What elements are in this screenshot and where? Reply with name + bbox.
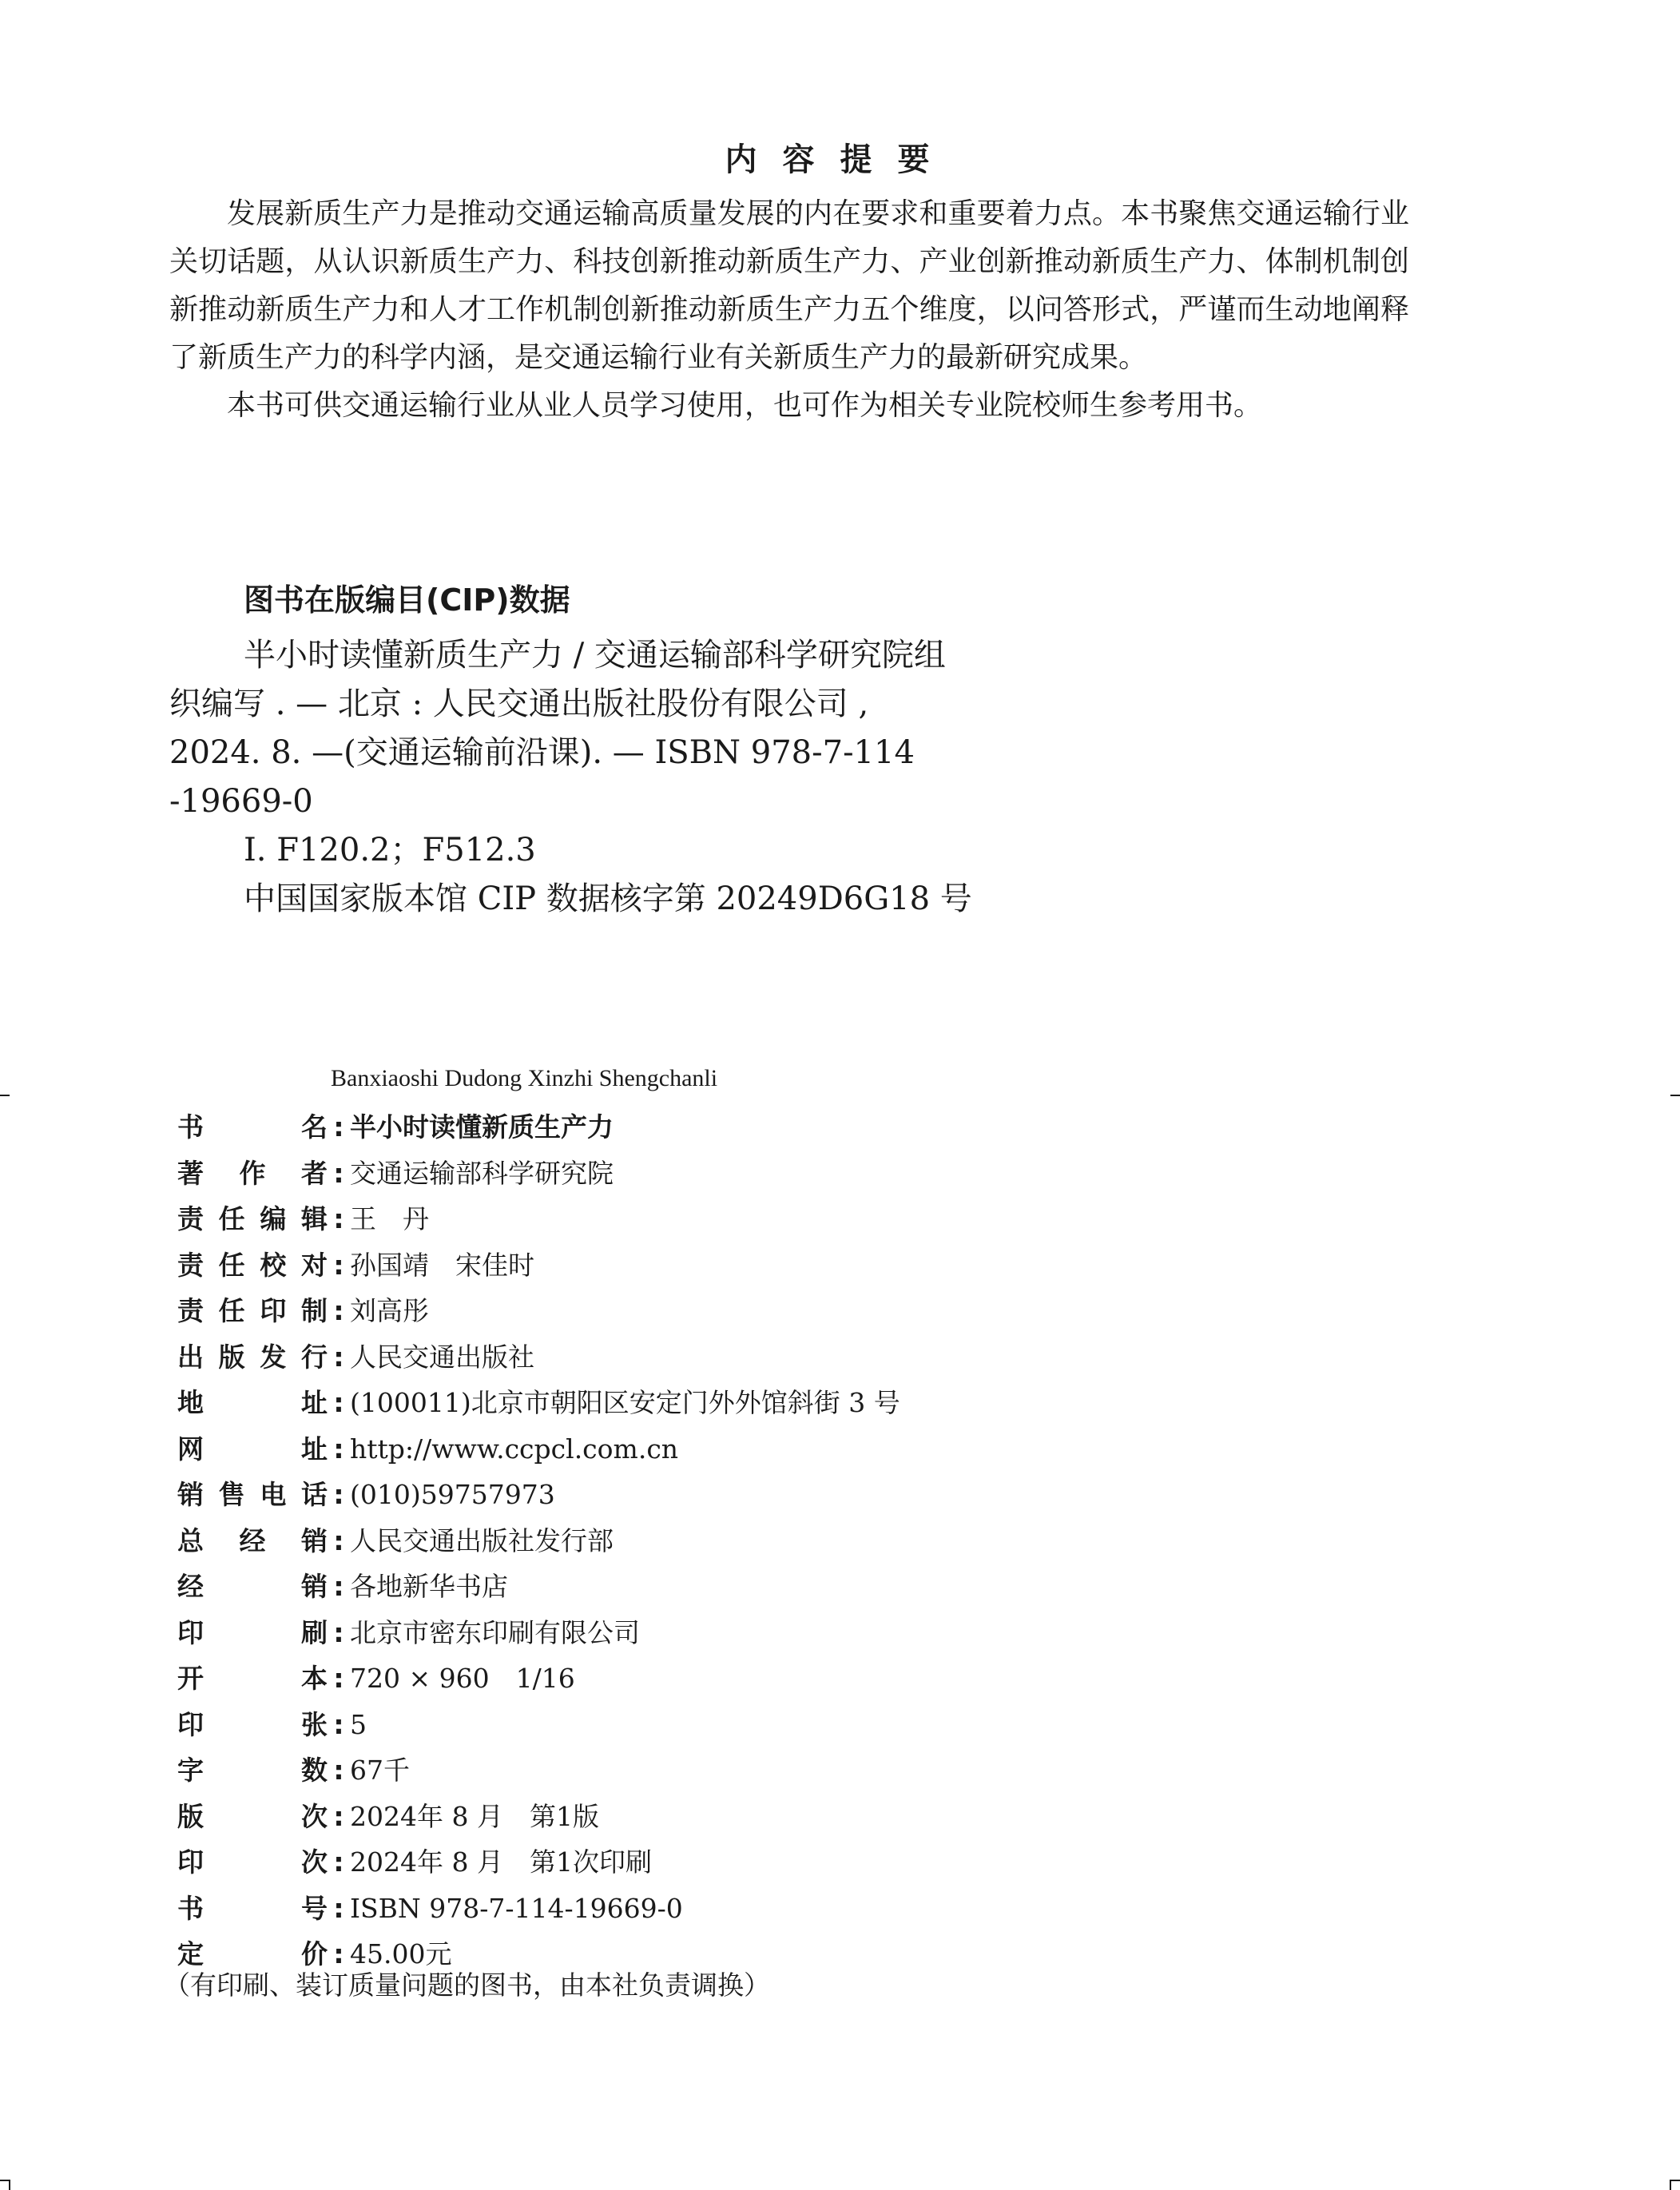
colophon-label-char: 作 [240,1151,266,1197]
colophon-label: 著作者 [177,1151,328,1197]
colophon-label-char: 总 [177,1518,204,1564]
cip-line: 半小时读懂新质生产力 / 交通运输部科学研究院组 [169,631,1048,680]
colophon-label-char: 销 [177,1472,204,1518]
colophon-value: 孙国靖 宋佳时 [350,1242,534,1289]
colophon-colon: : [328,1886,350,1932]
colophon-value: 人民交通出版社 [350,1334,534,1381]
colophon-label-char: 话 [301,1472,328,1518]
colophon-label-char: 著 [177,1151,204,1197]
colophon-label: 责任校对 [177,1242,328,1289]
colophon-label-char: 次 [301,1839,328,1886]
quality-note: （有印刷、装订质量问题的图书，由本社负责调换） [164,1962,770,2008]
colophon-row: 版次:2024年 8 月 第1版 [177,1794,900,1840]
colophon-label-char: 出 [177,1334,204,1381]
colophon-label-char: 经 [240,1518,266,1564]
colophon-label-char: 印 [260,1288,286,1334]
colophon-label-char: 开 [177,1655,204,1702]
colophon-label: 开本 [177,1655,328,1702]
colophon-label-char: 印 [177,1702,204,1748]
colophon-label: 网址 [177,1426,328,1473]
colophon-value: 67千 [350,1747,410,1794]
cip-classification: Ⅰ. F120.2；F512.3 [169,826,1048,875]
colophon-label-char: 辑 [301,1196,328,1242]
crop-mark-bottom-left-v [9,2180,10,2190]
colophon-label: 责任印制 [177,1288,328,1334]
colophon-row: 著作者:交通运输部科学研究院 [177,1151,900,1197]
colophon-table: 书名:半小时读懂新质生产力著作者:交通运输部科学研究院责任编辑:王 丹责任校对:… [177,1104,900,1977]
colophon-row: 地址:(100011)北京市朝阳区安定门外外馆斜街 3 号 [177,1380,900,1426]
colophon-row: 印次:2024年 8 月 第1次印刷 [177,1839,900,1886]
colophon-value: 半小时读懂新质生产力 [350,1104,614,1151]
cip-line: -19669-0 [169,777,1048,826]
colophon-label-char: 电 [260,1472,286,1518]
colophon-label: 销售电话 [177,1472,328,1518]
colophon-label: 字数 [177,1747,328,1794]
colophon-colon: : [328,1564,350,1610]
colophon-colon: : [328,1334,350,1381]
colophon-label-char: 责 [177,1242,204,1289]
colophon-colon: : [328,1472,350,1518]
colophon-value: 交通运输部科学研究院 [350,1151,614,1197]
colophon-value: (100011)北京市朝阳区安定门外外馆斜街 3 号 [350,1380,900,1426]
colophon-colon: : [328,1242,350,1289]
colophon-label-char: 地 [177,1380,204,1426]
colophon-value: 2024年 8 月 第1版 [350,1794,599,1840]
colophon-row: 字数:67千 [177,1747,900,1794]
cip-record: 半小时读懂新质生产力 / 交通运输部科学研究院组 织编写 . — 北京 : 人民… [169,631,1048,924]
colophon-colon: : [328,1610,350,1656]
colophon-colon: : [328,1794,350,1840]
abstract-title: 内容提要 [0,137,1680,182]
colophon-label-char: 销 [301,1564,328,1610]
colophon-row: 责任编辑:王 丹 [177,1196,900,1242]
colophon-label-char: 张 [301,1702,328,1748]
colophon-label-char: 任 [219,1242,245,1289]
colophon-row: 经销:各地新华书店 [177,1564,900,1610]
colophon-value: 5 [350,1702,367,1748]
colophon-label-char: 数 [301,1747,328,1794]
cip-line: 2024. 8. —(交通运输前沿课). — ISBN 978-7-114 [169,729,1048,777]
colophon-label-char: 网 [177,1426,204,1473]
colophon-colon: : [328,1426,350,1473]
colophon-label: 印次 [177,1839,328,1886]
crop-mark-right [1670,1095,1680,1096]
colophon-label-char: 号 [301,1886,328,1932]
colophon-value: 刘高彤 [350,1288,429,1334]
colophon-value: 720 × 960 1/16 [350,1655,575,1702]
colophon-row: 印刷:北京市密东印刷有限公司 [177,1610,900,1656]
colophon-label: 出版发行 [177,1334,328,1381]
colophon-value: (010)59757973 [350,1472,555,1518]
colophon-label-char: 校 [260,1242,286,1289]
colophon-value: ISBN 978-7-114-19669-0 [350,1886,683,1932]
crop-mark-bottom-right-h [1670,2180,1680,2181]
colophon-label: 印刷 [177,1610,328,1656]
colophon-label-char: 书 [177,1104,204,1151]
colophon-label: 印张 [177,1702,328,1748]
colophon-colon: : [328,1196,350,1242]
abstract-paragraph: 发展新质生产力是推动交通运输高质量发展的内在要求和重要着力点。本书聚焦交通运输行… [169,190,1409,382]
colophon-label: 地址 [177,1380,328,1426]
colophon-label: 书号 [177,1886,328,1932]
colophon-row: 责任印制:刘高彤 [177,1288,900,1334]
cip-heading: 图书在版编目(CIP)数据 [244,578,570,622]
colophon-colon: : [328,1151,350,1197]
colophon-value: 王 丹 [350,1196,429,1242]
colophon-label: 经销 [177,1564,328,1610]
colophon-label: 版次 [177,1794,328,1840]
colophon-label-char: 书 [177,1886,204,1932]
colophon-label-char: 售 [219,1472,245,1518]
crop-mark-left [0,1095,10,1096]
colophon-colon: : [328,1839,350,1886]
abstract-body: 发展新质生产力是推动交通运输高质量发展的内在要求和重要着力点。本书聚焦交通运输行… [169,190,1409,430]
colophon-label-char: 责 [177,1288,204,1334]
colophon-label: 书名 [177,1104,328,1151]
colophon-colon: : [328,1747,350,1794]
colophon-value: 各地新华书店 [350,1564,508,1610]
colophon-label-char: 印 [177,1839,204,1886]
colophon-colon: : [328,1288,350,1334]
colophon-row: 总经销:人民交通出版社发行部 [177,1518,900,1564]
colophon-label-char: 任 [219,1288,245,1334]
colophon-label-char: 版 [177,1794,204,1840]
colophon-label-char: 址 [301,1380,328,1426]
colophon-row: 印张:5 [177,1702,900,1748]
colophon-label-char: 任 [219,1196,245,1242]
cip-approval-number: 中国国家版本馆 CIP 数据核字第 20249D6G18 号 [169,875,1048,924]
colophon-row: 书名:半小时读懂新质生产力 [177,1104,900,1151]
colophon-colon: : [328,1104,350,1151]
colophon-label-char: 销 [301,1518,328,1564]
colophon-row: 开本:720 × 960 1/16 [177,1655,900,1702]
colophon-row: 责任校对:孙国靖 宋佳时 [177,1242,900,1289]
colophon-colon: : [328,1518,350,1564]
colophon-label-char: 本 [301,1655,328,1702]
colophon-label-char: 发 [260,1334,286,1381]
colophon-colon: : [328,1702,350,1748]
colophon-label-char: 责 [177,1196,204,1242]
colophon-row: 出版发行:人民交通出版社 [177,1334,900,1381]
colophon-value: 2024年 8 月 第1次印刷 [350,1839,652,1886]
colophon-colon: : [328,1380,350,1426]
colophon-label-char: 版 [219,1334,245,1381]
colophon-label-char: 对 [301,1242,328,1289]
colophon-label-char: 印 [177,1610,204,1656]
colophon-label-char: 编 [260,1196,286,1242]
cip-line: 织编写 . — 北京 : 人民交通出版社股份有限公司 , [169,680,1048,729]
colophon-label-char: 址 [301,1426,328,1473]
colophon-colon: : [328,1655,350,1702]
colophon-label: 责任编辑 [177,1196,328,1242]
colophon-label-char: 者 [301,1151,328,1197]
colophon-label-char: 次 [301,1794,328,1840]
pinyin-title: Banxiaoshi Dudong Xinzhi Shengchanli [331,1061,717,1096]
colophon-row: 网址:http://www.ccpcl.com.cn [177,1426,900,1473]
colophon-row: 销售电话:(010)59757973 [177,1472,900,1518]
colophon-row: 书号:ISBN 978-7-114-19669-0 [177,1886,900,1932]
colophon-label-char: 制 [301,1288,328,1334]
colophon-value: 北京市密东印刷有限公司 [350,1610,640,1656]
colophon-label-char: 刷 [301,1610,328,1656]
colophon-label-char: 经 [177,1564,204,1610]
crop-mark-bottom-right-v [1670,2180,1671,2190]
colophon-value: http://www.ccpcl.com.cn [350,1426,678,1473]
colophon-label-char: 字 [177,1747,204,1794]
colophon-label-char: 名 [301,1104,328,1151]
abstract-paragraph: 本书可供交通运输行业从业人员学习使用，也可作为相关专业院校师生参考用书。 [169,382,1409,430]
colophon-label: 总经销 [177,1518,328,1564]
colophon-value: 人民交通出版社发行部 [350,1518,614,1564]
colophon-label-char: 行 [301,1334,328,1381]
